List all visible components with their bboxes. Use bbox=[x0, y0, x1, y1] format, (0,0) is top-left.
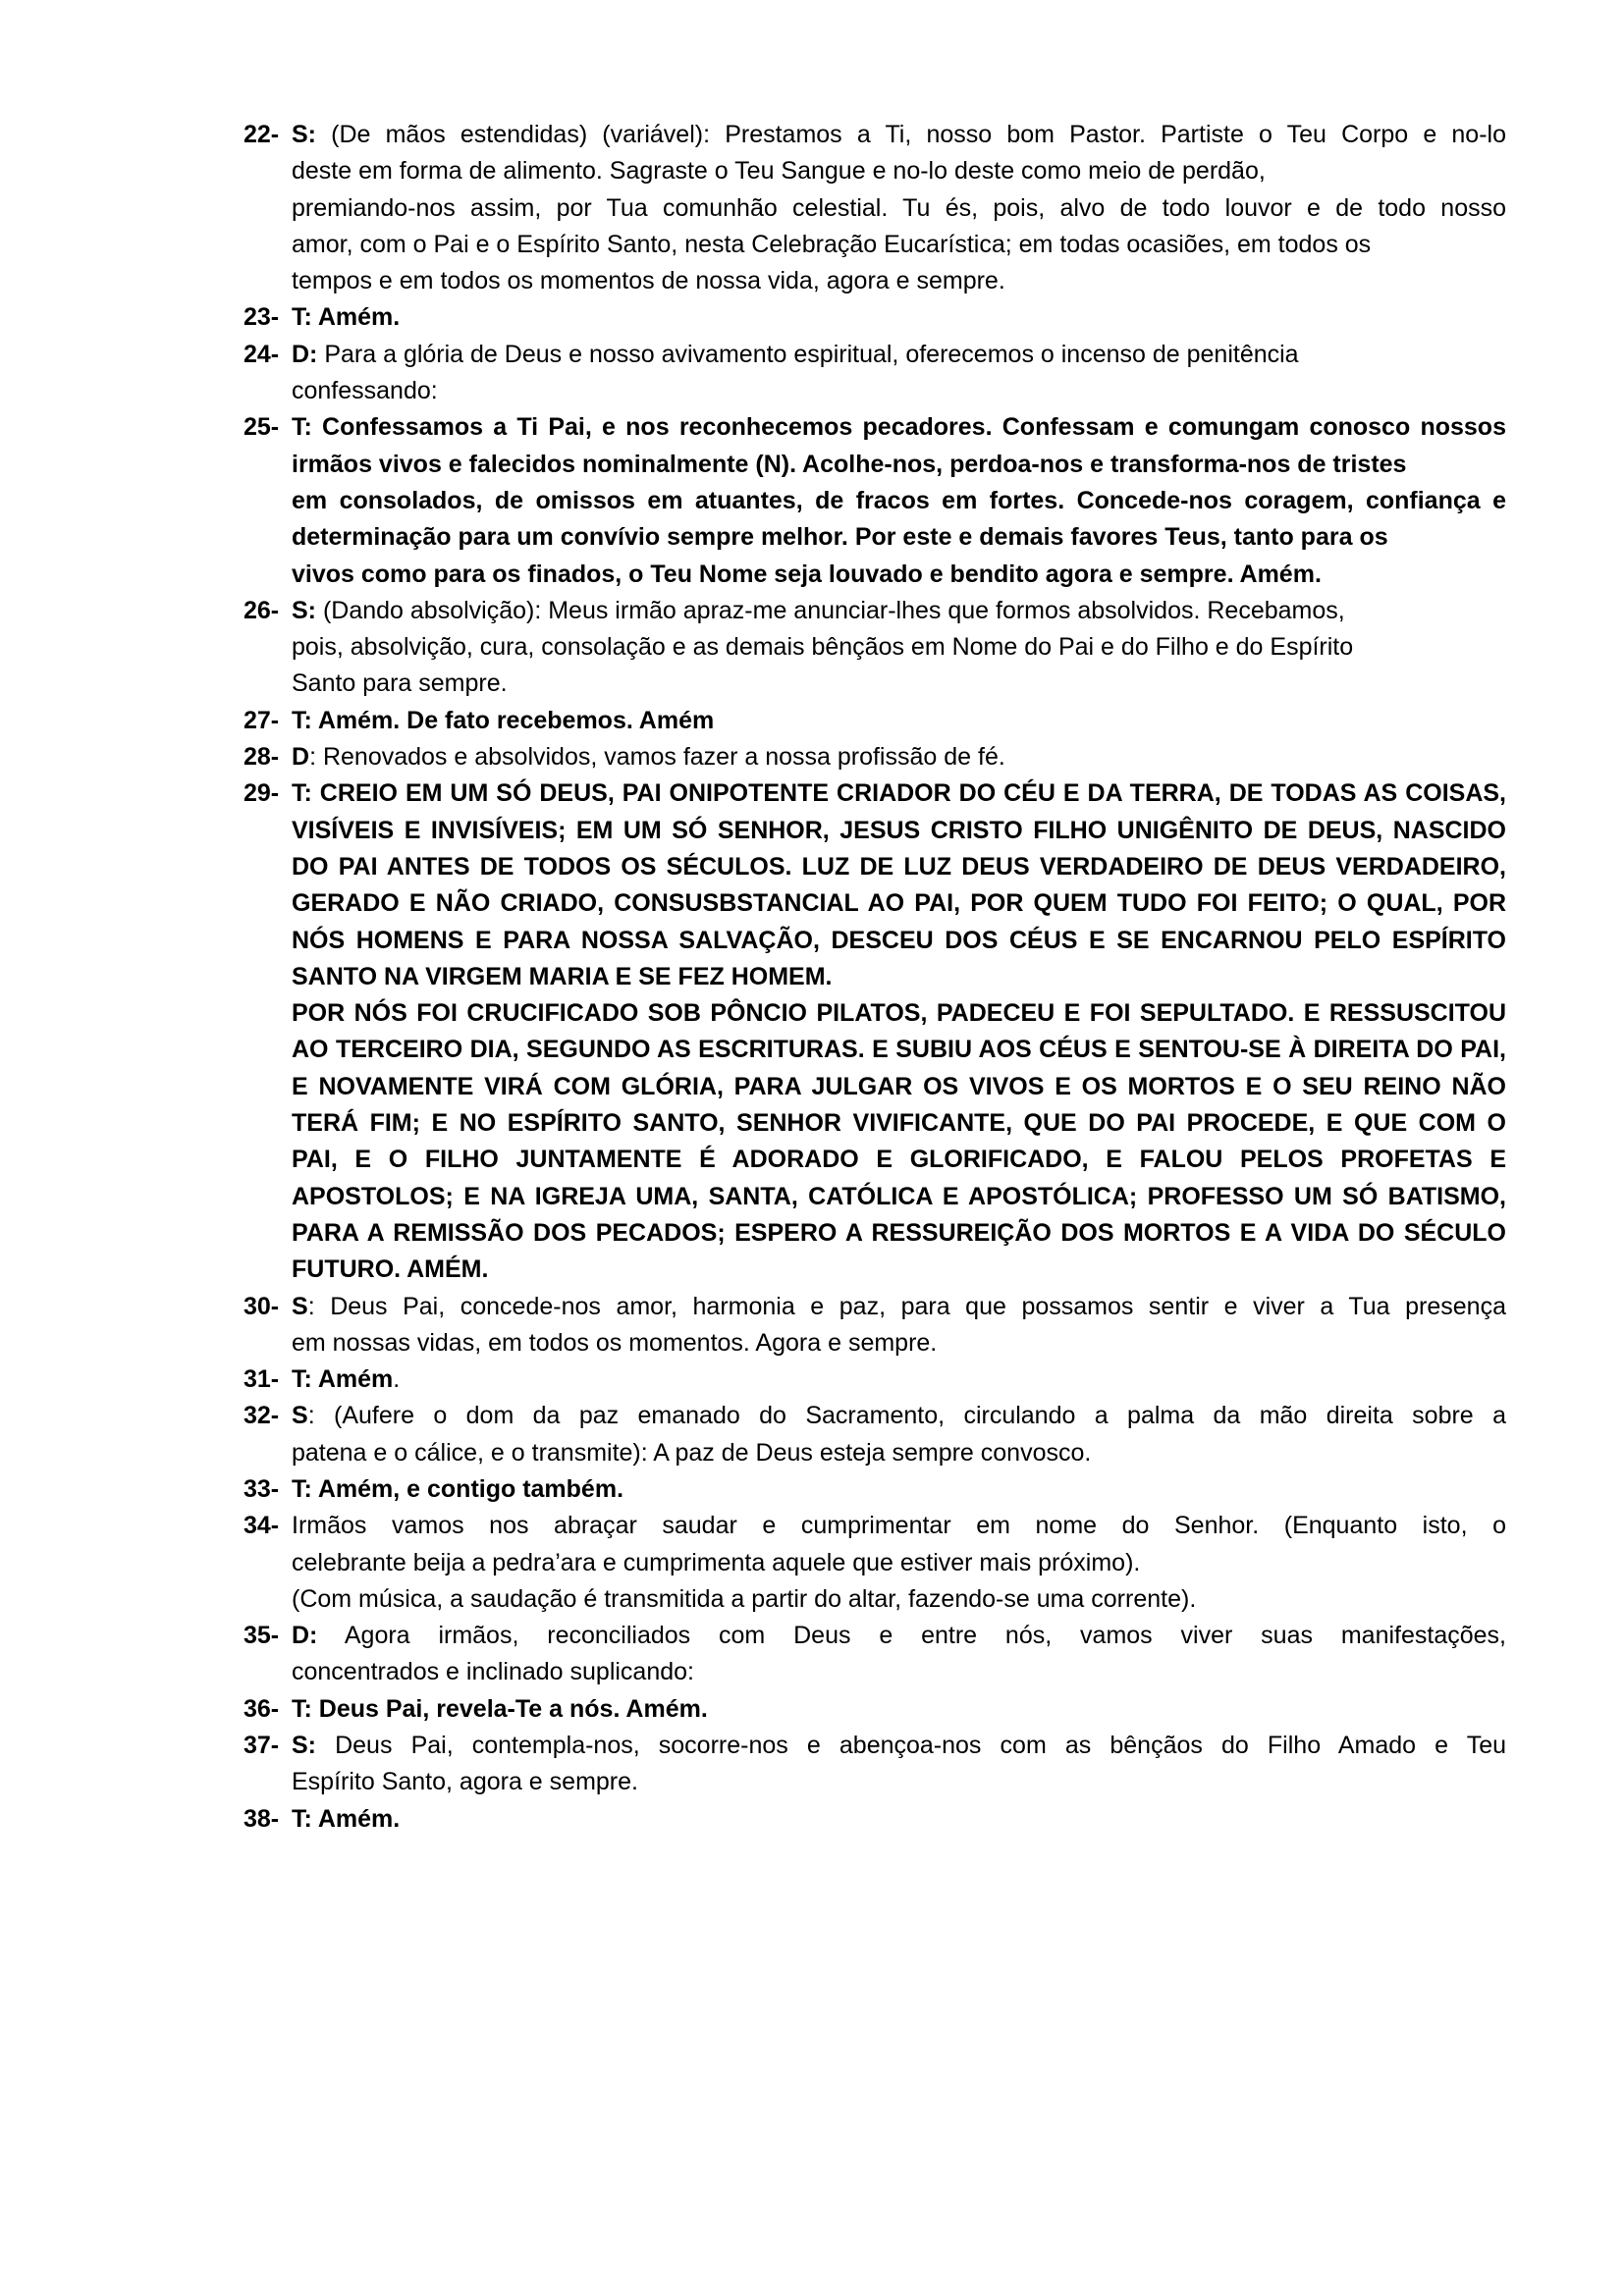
text-line: S: (Aufere o dom da paz emanado do Sacra… bbox=[292, 1398, 1506, 1434]
liturgy-item: 32-S: (Aufere o dom da paz emanado do Sa… bbox=[292, 1398, 1506, 1471]
bold-text: determinação para um convívio sempre mel… bbox=[292, 523, 1388, 551]
liturgy-item: 33-T: Amém, e contigo também. bbox=[292, 1471, 1506, 1508]
bold-text: APOSTOLOS; E NA IGREJA UMA, SANTA, CATÓL… bbox=[292, 1183, 1506, 1210]
text-line: determinação para um convívio sempre mel… bbox=[292, 519, 1506, 556]
item-number: 24- bbox=[244, 337, 279, 373]
body-text: patena e o cálice, e o transmite): A paz… bbox=[292, 1439, 1091, 1467]
text-line: T: CREIO EM UM SÓ DEUS, PAI ONIPOTENTE C… bbox=[292, 775, 1506, 812]
text-line: S: Deus Pai, concede-nos amor, harmonia … bbox=[292, 1289, 1506, 1325]
bold-text: D bbox=[292, 743, 309, 771]
bold-text: em consolados, de omissos em atuantes, d… bbox=[292, 487, 1506, 514]
liturgy-item: 28-D: Renovados e absolvidos, vamos faze… bbox=[292, 739, 1506, 775]
body-text: (Dando absolvição): Meus irmão apraz-me … bbox=[316, 597, 1345, 624]
item-text: T: Amém. De fato recebemos. Amém bbox=[292, 703, 1506, 739]
item-text: S: (De mãos estendidas) (variável): Pres… bbox=[292, 117, 1506, 299]
item-text: S: (Aufere o dom da paz emanado do Sacra… bbox=[292, 1398, 1506, 1471]
text-line: (Com música, a saudação é transmitida a … bbox=[292, 1581, 1506, 1618]
bold-text: irmãos vivos e falecidos nominalmente (N… bbox=[292, 451, 1406, 478]
text-line: vivos como para os finados, o Teu Nome s… bbox=[292, 557, 1506, 593]
body-text: Irmãos vamos nos abraçar saudar e cumpri… bbox=[292, 1512, 1506, 1539]
text-line: D: Renovados e absolvidos, vamos fazer a… bbox=[292, 739, 1506, 775]
item-number: 38- bbox=[244, 1801, 279, 1838]
liturgy-item: 38-T: Amém. bbox=[292, 1801, 1506, 1838]
bold-text: SANTO NA VIRGEM MARIA E SE FEZ HOMEM. bbox=[292, 963, 833, 990]
text-line: APOSTOLOS; E NA IGREJA UMA, SANTA, CATÓL… bbox=[292, 1179, 1506, 1215]
bold-text: vivos como para os finados, o Teu Nome s… bbox=[292, 561, 1322, 588]
item-number: 23- bbox=[244, 299, 279, 336]
bold-text: DO PAI ANTES DE TODOS OS SÉCULOS. LUZ DE… bbox=[292, 853, 1506, 881]
item-text: T: Amém. bbox=[292, 1362, 1506, 1398]
body-text: : Deus Pai, concede-nos amor, harmonia e… bbox=[308, 1293, 1506, 1320]
bold-text: T: Deus Pai, revela-Te a nós. Amém. bbox=[292, 1695, 708, 1723]
body-text: Deus Pai, contempla-nos, socorre-nos e a… bbox=[316, 1732, 1506, 1759]
text-line: FUTURO. AMÉM. bbox=[292, 1252, 1506, 1288]
text-line: NÓS HOMENS E PARA NOSSA SALVAÇÃO, DESCEU… bbox=[292, 923, 1506, 959]
liturgy-item: 34-Irmãos vamos nos abraçar saudar e cum… bbox=[292, 1508, 1506, 1618]
item-text: T: CREIO EM UM SÓ DEUS, PAI ONIPOTENTE C… bbox=[292, 775, 1506, 1288]
text-line: S: (De mãos estendidas) (variável): Pres… bbox=[292, 117, 1506, 153]
item-text: S: Deus Pai, contempla-nos, socorre-nos … bbox=[292, 1728, 1506, 1801]
body-text: : (Aufere o dom da paz emanado do Sacram… bbox=[308, 1402, 1506, 1429]
item-number: 28- bbox=[244, 739, 279, 775]
liturgy-list: 22-S: (De mãos estendidas) (variável): P… bbox=[292, 117, 1506, 1838]
body-text: premiando-nos assim, por Tua comunhão ce… bbox=[292, 194, 1506, 222]
item-number: 25- bbox=[244, 409, 279, 446]
bold-text: GERADO E NÃO CRIADO, CONSUSBSTANCIAL AO … bbox=[292, 889, 1506, 917]
bold-text: PAI, E O FILHO JUNTAMENTE É ADORADO E GL… bbox=[292, 1146, 1506, 1173]
body-text: confessando: bbox=[292, 377, 438, 404]
item-text: D: Para a glória de Deus e nosso avivame… bbox=[292, 337, 1506, 410]
text-line: irmãos vivos e falecidos nominalmente (N… bbox=[292, 447, 1506, 483]
item-number: 35- bbox=[244, 1618, 279, 1654]
bold-text: T: Amém. De fato recebemos. Amém bbox=[292, 707, 714, 734]
item-number: 33- bbox=[244, 1471, 279, 1508]
text-line: D: Agora irmãos, reconciliados com Deus … bbox=[292, 1618, 1506, 1654]
item-text: D: Renovados e absolvidos, vamos fazer a… bbox=[292, 739, 1506, 775]
text-line: confessando: bbox=[292, 373, 1506, 409]
text-line: Santo para sempre. bbox=[292, 666, 1506, 702]
item-number: 36- bbox=[244, 1691, 279, 1728]
bold-text: PARA A REMISSÃO DOS PECADOS; ESPERO A RE… bbox=[292, 1219, 1506, 1247]
text-line: S: Deus Pai, contempla-nos, socorre-nos … bbox=[292, 1728, 1506, 1764]
liturgy-item: 23-T: Amém. bbox=[292, 299, 1506, 336]
bold-text: S: bbox=[292, 597, 316, 624]
body-text: Espírito Santo, agora e sempre. bbox=[292, 1768, 638, 1795]
body-text: Para a glória de Deus e nosso avivamento… bbox=[317, 341, 1298, 368]
text-line: T: Deus Pai, revela-Te a nós. Amém. bbox=[292, 1691, 1506, 1728]
bold-text: AO TERCEIRO DIA, SEGUNDO AS ESCRITURAS. … bbox=[292, 1036, 1506, 1063]
text-line: S: (Dando absolvição): Meus irmão apraz-… bbox=[292, 593, 1506, 629]
text-line: celebrante beija a pedra’ara e cumprimen… bbox=[292, 1545, 1506, 1581]
liturgy-item: 24-D: Para a glória de Deus e nosso aviv… bbox=[292, 337, 1506, 410]
bold-text: T: CREIO EM UM SÓ DEUS, PAI ONIPOTENTE C… bbox=[292, 779, 1506, 807]
text-line: AO TERCEIRO DIA, SEGUNDO AS ESCRITURAS. … bbox=[292, 1032, 1506, 1068]
bold-text: S: bbox=[292, 121, 316, 148]
body-text: deste em forma de alimento. Sagraste o T… bbox=[292, 157, 1266, 185]
body-text: celebrante beija a pedra’ara e cumprimen… bbox=[292, 1549, 1140, 1576]
item-number: 27- bbox=[244, 703, 279, 739]
text-line: premiando-nos assim, por Tua comunhão ce… bbox=[292, 190, 1506, 227]
item-text: T: Amém. bbox=[292, 1801, 1506, 1838]
text-line: concentrados e inclinado suplicando: bbox=[292, 1654, 1506, 1690]
item-number: 37- bbox=[244, 1728, 279, 1764]
item-text: T: Confessamos a Ti Pai, e nos reconhece… bbox=[292, 409, 1506, 592]
text-line: em nossas vidas, em todos os momentos. A… bbox=[292, 1325, 1506, 1362]
text-line: PAI, E O FILHO JUNTAMENTE É ADORADO E GL… bbox=[292, 1142, 1506, 1178]
liturgy-item: 35-D: Agora irmãos, reconciliados com De… bbox=[292, 1618, 1506, 1691]
text-line: E NOVAMENTE VIRÁ COM GLÓRIA, PARA JULGAR… bbox=[292, 1069, 1506, 1105]
body-text: tempos e em todos os momentos de nossa v… bbox=[292, 267, 1005, 294]
body-text: Santo para sempre. bbox=[292, 669, 508, 697]
text-line: DO PAI ANTES DE TODOS OS SÉCULOS. LUZ DE… bbox=[292, 849, 1506, 885]
item-text: S: Deus Pai, concede-nos amor, harmonia … bbox=[292, 1289, 1506, 1362]
text-line: T: Amém. bbox=[292, 1801, 1506, 1838]
bold-text: S: bbox=[292, 1732, 316, 1759]
bold-text: T: Amém. bbox=[292, 303, 400, 331]
text-line: GERADO E NÃO CRIADO, CONSUSBSTANCIAL AO … bbox=[292, 885, 1506, 922]
item-number: 32- bbox=[244, 1398, 279, 1434]
text-line: SANTO NA VIRGEM MARIA E SE FEZ HOMEM. bbox=[292, 959, 1506, 995]
liturgy-item: 37-S: Deus Pai, contempla-nos, socorre-n… bbox=[292, 1728, 1506, 1801]
text-line: T: Amém. bbox=[292, 299, 1506, 336]
bold-text: E NOVAMENTE VIRÁ COM GLÓRIA, PARA JULGAR… bbox=[292, 1073, 1506, 1100]
item-number: 34- bbox=[244, 1508, 279, 1544]
text-line: POR NÓS FOI CRUCIFICADO SOB PÔNCIO PILAT… bbox=[292, 995, 1506, 1032]
item-number: 29- bbox=[244, 775, 279, 812]
text-line: em consolados, de omissos em atuantes, d… bbox=[292, 483, 1506, 519]
item-text: S: (Dando absolvição): Meus irmão apraz-… bbox=[292, 593, 1506, 703]
bold-text: T: Amém bbox=[292, 1365, 393, 1393]
item-text: D: Agora irmãos, reconciliados com Deus … bbox=[292, 1618, 1506, 1691]
liturgy-item: 29-T: CREIO EM UM SÓ DEUS, PAI ONIPOTENT… bbox=[292, 775, 1506, 1288]
document-page: 22-S: (De mãos estendidas) (variável): P… bbox=[0, 0, 1624, 2296]
text-line: T: Amém. bbox=[292, 1362, 1506, 1398]
text-line: amor, com o Pai e o Espírito Santo, nest… bbox=[292, 227, 1506, 263]
body-text: (De mãos estendidas) (variável): Prestam… bbox=[316, 121, 1506, 148]
item-number: 31- bbox=[244, 1362, 279, 1398]
text-line: tempos e em todos os momentos de nossa v… bbox=[292, 263, 1506, 299]
text-line: pois, absolvição, cura, consolação e as … bbox=[292, 629, 1506, 666]
item-number: 30- bbox=[244, 1289, 279, 1325]
liturgy-item: 36-T: Deus Pai, revela-Te a nós. Amém. bbox=[292, 1691, 1506, 1728]
item-text: T: Deus Pai, revela-Te a nós. Amém. bbox=[292, 1691, 1506, 1728]
bold-text: POR NÓS FOI CRUCIFICADO SOB PÔNCIO PILAT… bbox=[292, 999, 1506, 1027]
bold-text: FUTURO. AMÉM. bbox=[292, 1255, 488, 1283]
body-text: em nossas vidas, em todos os momentos. A… bbox=[292, 1329, 937, 1357]
bold-text: NÓS HOMENS E PARA NOSSA SALVAÇÃO, DESCEU… bbox=[292, 927, 1506, 954]
item-text: Irmãos vamos nos abraçar saudar e cumpri… bbox=[292, 1508, 1506, 1618]
text-line: D: Para a glória de Deus e nosso avivame… bbox=[292, 337, 1506, 373]
bold-text: TERÁ FIM; E NO ESPÍRITO SANTO, SENHOR VI… bbox=[292, 1109, 1506, 1137]
liturgy-item: 31-T: Amém. bbox=[292, 1362, 1506, 1398]
bold-text: S bbox=[292, 1293, 308, 1320]
bold-text: T: Amém. bbox=[292, 1805, 400, 1833]
text-line: Espírito Santo, agora e sempre. bbox=[292, 1764, 1506, 1800]
bold-text: T: Confessamos a Ti Pai, e nos reconhece… bbox=[292, 413, 1506, 441]
text-line: Irmãos vamos nos abraçar saudar e cumpri… bbox=[292, 1508, 1506, 1544]
body-text: : Renovados e absolvidos, vamos fazer a … bbox=[309, 743, 1005, 771]
body-text: Agora irmãos, reconciliados com Deus e e… bbox=[317, 1622, 1506, 1649]
bold-text: VISÍVEIS E INVISÍVEIS; EM UM SÓ SENHOR, … bbox=[292, 817, 1506, 844]
bold-text: S bbox=[292, 1402, 308, 1429]
body-text: pois, absolvição, cura, consolação e as … bbox=[292, 633, 1353, 661]
text-line: deste em forma de alimento. Sagraste o T… bbox=[292, 153, 1506, 189]
text-line: PARA A REMISSÃO DOS PECADOS; ESPERO A RE… bbox=[292, 1215, 1506, 1252]
item-text: T: Amém. bbox=[292, 299, 1506, 336]
liturgy-item: 26-S: (Dando absolvição): Meus irmão apr… bbox=[292, 593, 1506, 703]
text-line: T: Confessamos a Ti Pai, e nos reconhece… bbox=[292, 409, 1506, 446]
item-number: 22- bbox=[244, 117, 279, 153]
liturgy-item: 25-T: Confessamos a Ti Pai, e nos reconh… bbox=[292, 409, 1506, 592]
liturgy-item: 22-S: (De mãos estendidas) (variável): P… bbox=[292, 117, 1506, 299]
item-text: T: Amém, e contigo também. bbox=[292, 1471, 1506, 1508]
body-text: amor, com o Pai e o Espírito Santo, nest… bbox=[292, 231, 1371, 258]
body-text: concentrados e inclinado suplicando: bbox=[292, 1658, 694, 1685]
bold-text: D: bbox=[292, 341, 317, 368]
text-line: T: Amém, e contigo também. bbox=[292, 1471, 1506, 1508]
text-line: VISÍVEIS E INVISÍVEIS; EM UM SÓ SENHOR, … bbox=[292, 813, 1506, 849]
item-number: 26- bbox=[244, 593, 279, 629]
text-line: TERÁ FIM; E NO ESPÍRITO SANTO, SENHOR VI… bbox=[292, 1105, 1506, 1142]
body-text: . bbox=[393, 1365, 400, 1393]
bold-text: D: bbox=[292, 1622, 317, 1649]
text-line: patena e o cálice, e o transmite): A paz… bbox=[292, 1435, 1506, 1471]
text-line: T: Amém. De fato recebemos. Amém bbox=[292, 703, 1506, 739]
bold-text: T: Amém, e contigo também. bbox=[292, 1475, 623, 1503]
body-text: (Com música, a saudação é transmitida a … bbox=[292, 1585, 1196, 1613]
liturgy-item: 30-S: Deus Pai, concede-nos amor, harmon… bbox=[292, 1289, 1506, 1362]
liturgy-item: 27-T: Amém. De fato recebemos. Amém bbox=[292, 703, 1506, 739]
